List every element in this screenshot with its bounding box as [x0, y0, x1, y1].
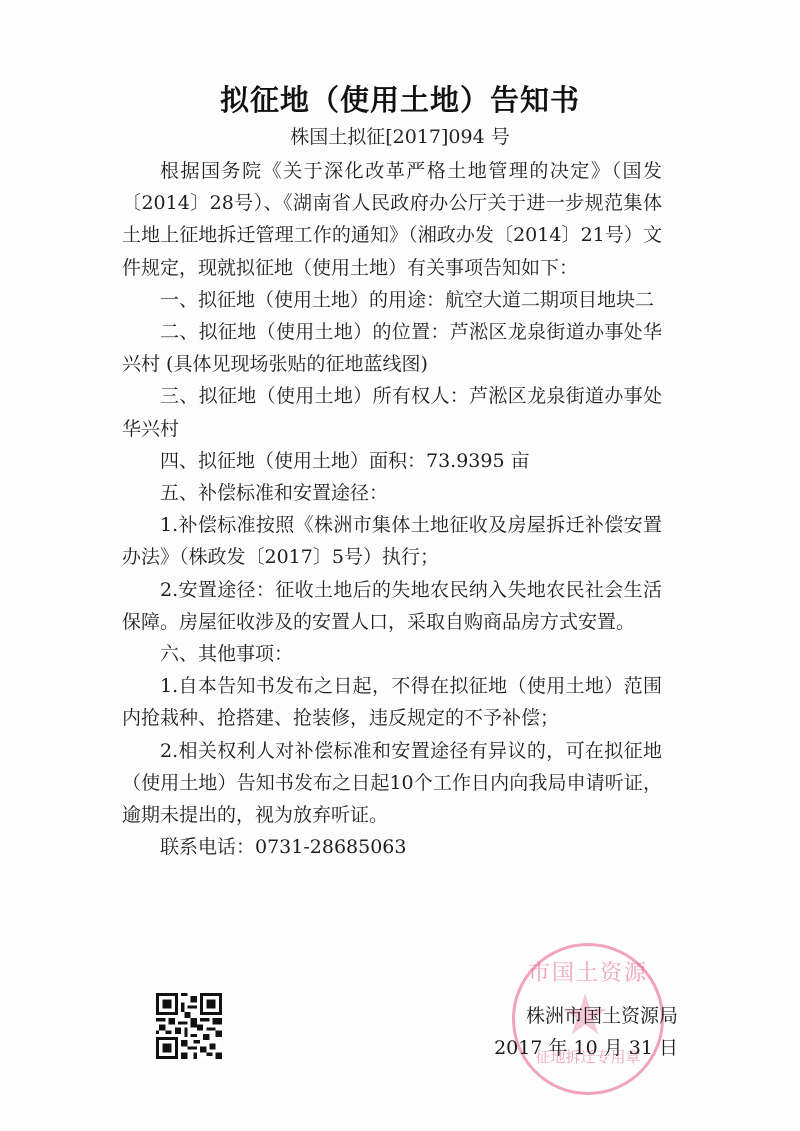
paragraph-contact-phone: 联系电话：0731-28685063 [122, 831, 662, 863]
paragraph-owner: 三、拟征地（使用土地）所有权人：芦淞区龙泉街道办事处华兴村 [122, 380, 662, 444]
document-title: 拟征地（使用土地）告知书 [0, 78, 800, 119]
paragraph-location: 二、拟征地（使用土地）的位置：芦淞区龙泉街道办事处华兴村 (具体见现场张贴的征地… [122, 316, 662, 380]
paragraph-other-1: 1.自本告知书发布之日起，不得在拟征地（使用土地）范围内抢栽种、抢搭建、抢装修，… [122, 670, 662, 734]
paragraph-other-2: 2.相关权利人对补偿标准和安置途径有异议的，可在拟征地（使用土地）告知书发布之日… [122, 735, 662, 832]
issue-date: 2017 年 10 月 31 日 [478, 1032, 678, 1064]
paragraph-compensation-heading: 五、补偿标准和安置途径： [122, 477, 662, 509]
paragraph-area: 四、拟征地（使用土地）面积：73.9395 亩 [122, 445, 662, 477]
paragraph-purpose: 一、拟征地（使用土地）的用途：航空大道二期项目地块二 [122, 284, 662, 316]
document-page: 拟征地（使用土地）告知书 株国土拟征[2017]094 号 根据国务院《关于深化… [0, 0, 800, 1131]
signature-block: 株洲市国土资源局 2017 年 10 月 31 日 [478, 1000, 678, 1064]
qr-code-icon[interactable] [155, 993, 223, 1059]
paragraph-resettlement: 2.安置途径：征收土地后的失地农民纳入失地农民社会生活保障。房屋征收涉及的安置人… [122, 574, 662, 638]
issuing-organization: 株洲市国土资源局 [478, 1000, 678, 1032]
paragraph-compensation-standard: 1.补偿标准按照《株洲市集体土地征收及房屋拆迁补偿安置办法》（株政发〔2017〕… [122, 509, 662, 573]
paragraph-other-heading: 六、其他事项： [122, 638, 662, 670]
document-number: 株国土拟征[2017]094 号 [0, 122, 800, 149]
paragraph-preamble: 根据国务院《关于深化改革严格土地管理的决定》（国发〔2014〕28号）、《湖南省… [122, 155, 662, 284]
document-body: 根据国务院《关于深化改革严格土地管理的决定》（国发〔2014〕28号）、《湖南省… [122, 155, 662, 863]
